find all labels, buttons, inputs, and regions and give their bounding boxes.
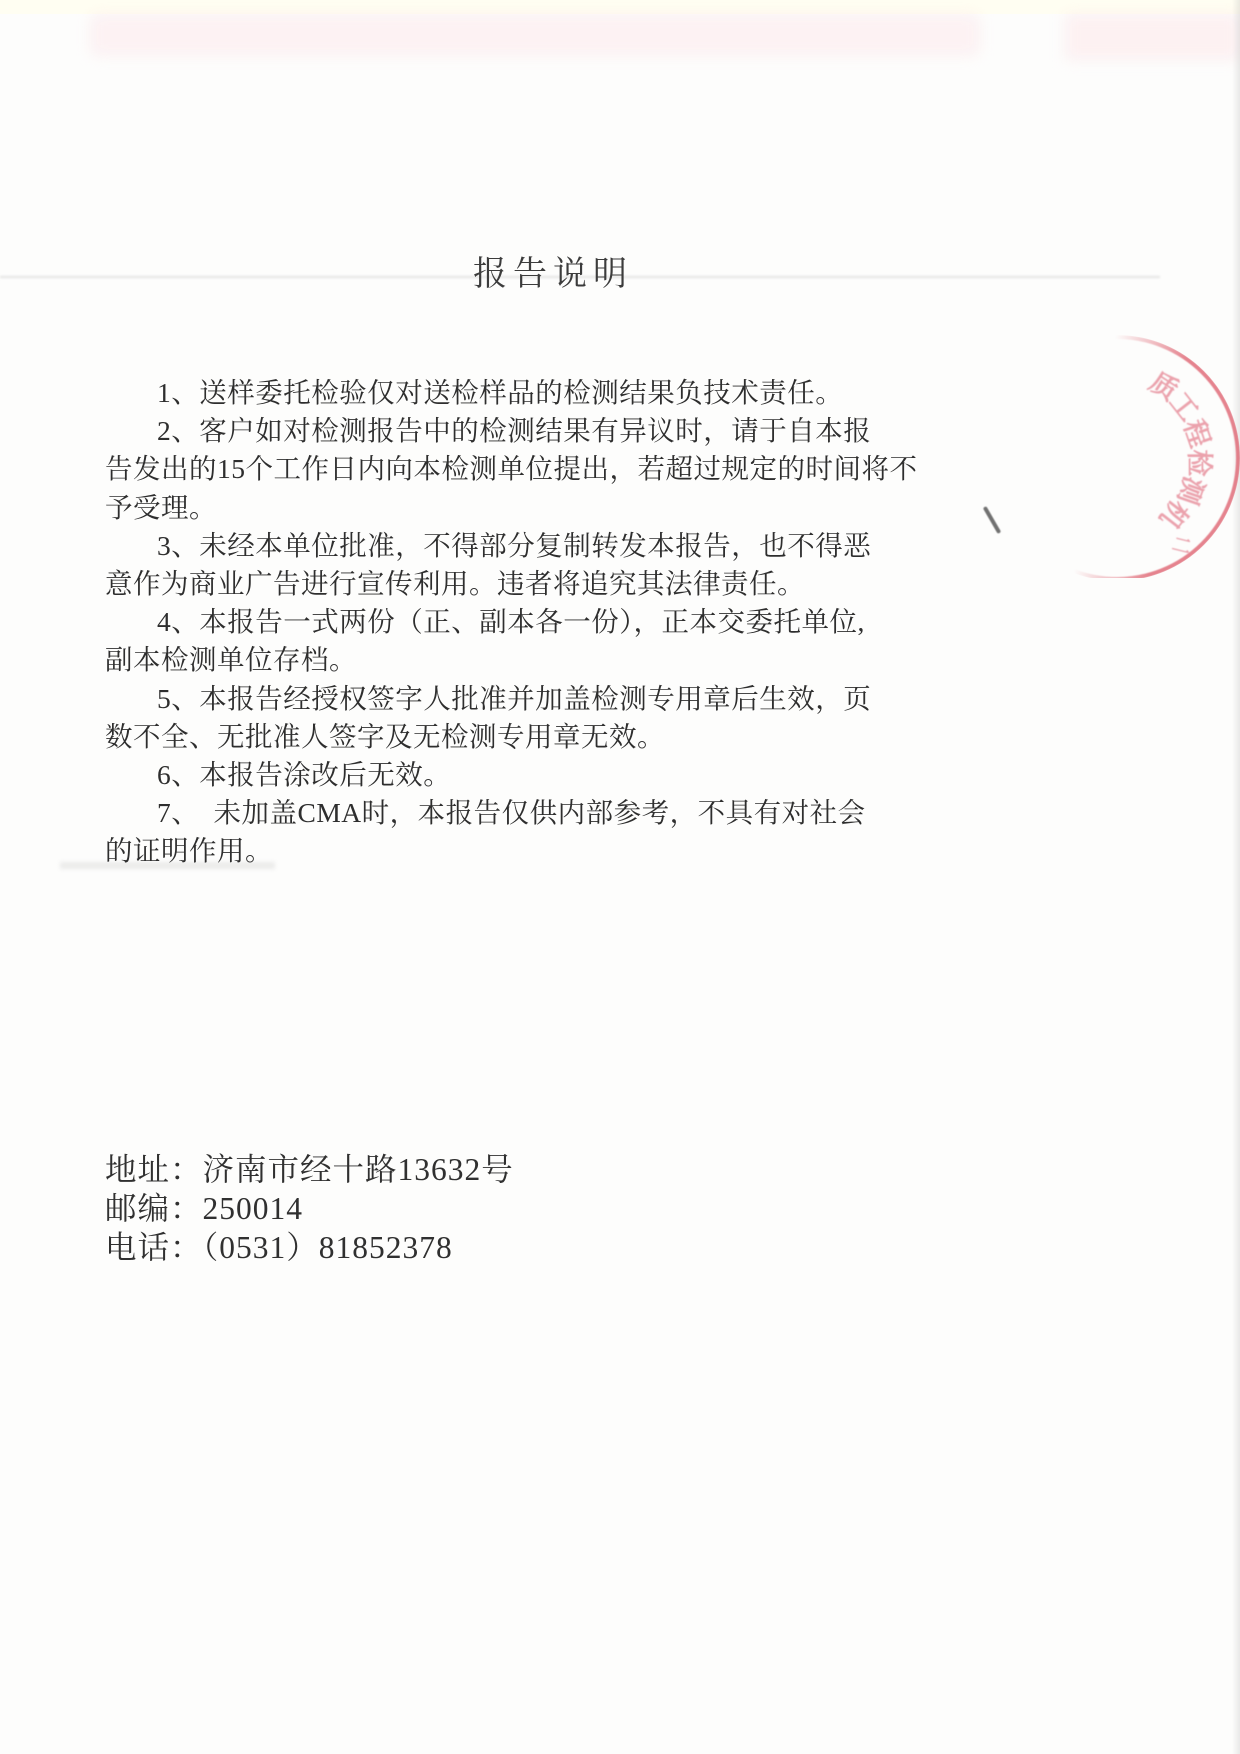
note-5-line: 数不全、无批准人签字及无检测专用章无效。 [105, 718, 920, 756]
note-3-line: 3、未经本单位批准，不得部分复制转发本报告，也不得恶 [105, 527, 920, 565]
note-2-line: 2、客户如对检测报告中的检测结果有异议时，请于自本报 [105, 412, 920, 450]
stamp-ring-icon [994, 335, 1240, 578]
note-1-line: 1、送样委托检验仅对送检样品的检测结果负技术责任。 [105, 374, 920, 412]
stamp-character: 质 [1149, 361, 1188, 400]
scanned-report-page: 报告说明 1、送样委托检验仅对送检样品的检测结果负技术责任。 2、客户如对检测报… [0, 0, 1240, 1754]
ink-mark [983, 506, 1001, 534]
report-notes: 1、送样委托检验仅对送检样品的检测结果负技术责任。 2、客户如对检测报告中的检测… [105, 374, 920, 871]
note-2-line: 予受理。 [105, 489, 920, 527]
note-4-line: 副本检测单位存档。 [105, 641, 920, 679]
page-title: 报告说明 [103, 246, 1003, 295]
note-6-line: 6、本报告涂改后无效。 [105, 756, 920, 794]
note-7-line: 7、 未加盖CMA时，本报告仅供内部参考，不具有对社会 [105, 794, 920, 832]
stamp-character: 检 [1193, 449, 1221, 477]
scan-artifact-edge-shadow [1232, 0, 1240, 1754]
postcode-line: 邮编：250014 [105, 1189, 514, 1228]
scan-artifact-pink-wash [90, 14, 980, 56]
scan-artifact-top-strip [0, 0, 1240, 14]
official-red-stamp: 质 工 程 检 测 机 二 [988, 326, 1240, 578]
note-3-line: 意作为商业广告进行宣传利用。违者将追究其法律责任。 [105, 565, 920, 603]
stamp-character: 工 [1170, 382, 1209, 421]
note-5-line: 5、本报告经授权签字人批准并加盖检测专用章后生效，页 [105, 680, 920, 718]
address-line: 地址：济南市经十路13632号 [105, 1150, 514, 1189]
phone-line: 电话：（0531）81852378 [105, 1228, 514, 1267]
stamp-character: 程 [1186, 413, 1222, 449]
contact-info: 地址：济南市经十路13632号 邮编：250014 电话：（0531）81852… [105, 1150, 514, 1267]
note-2-line: 告发出的15个工作日内向本检测单位提出，若超过规定的时间将不 [105, 450, 920, 488]
stamp-character: 机 [1160, 499, 1199, 538]
stamp-character: 测 [1180, 475, 1216, 511]
stamp-mark: 二 [1165, 528, 1199, 562]
note-4-line: 4、本报告一式两份（正、副本各一份），正本交委托单位, [105, 603, 920, 641]
note-7-line: 的证明作用。 [105, 832, 920, 870]
scan-artifact-pink-wash [1065, 14, 1240, 60]
